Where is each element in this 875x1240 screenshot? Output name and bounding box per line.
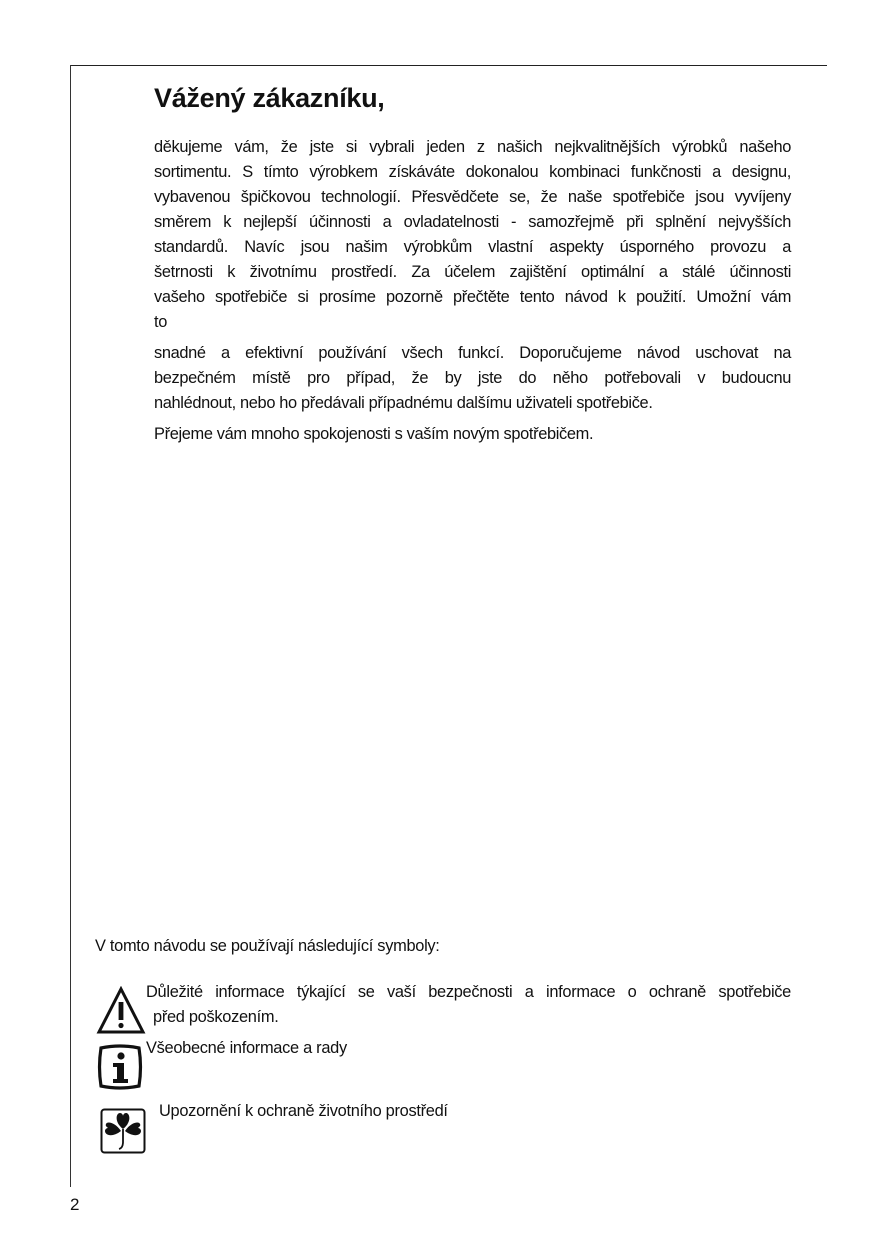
intro-paragraph-1: děkujeme vám, že jste si vybrali jeden z… xyxy=(154,135,791,335)
text-line: směrem k nejlepší účinnosti a ovladateln… xyxy=(154,210,791,235)
symbol-warning-description: Důležité informace týkající se vaší bezp… xyxy=(146,980,791,1030)
text-line: šetrnosti k životnímu prostředí. Za účel… xyxy=(154,260,791,285)
text-line: Přejeme vám mnoho spokojenosti s vaším n… xyxy=(154,422,791,447)
left-margin-rule xyxy=(70,65,71,1187)
text-line: nahlédnout, nebo ho předávali případnému… xyxy=(154,391,791,416)
symbol-info-description: Všeobecné informace a rady xyxy=(146,1036,347,1061)
text-line: standardů. Navíc jsou našim výrobkům vla… xyxy=(154,235,791,260)
intro-paragraph-2: snadné a efektivní používání všech funkc… xyxy=(154,341,791,416)
text-line: to xyxy=(154,310,791,335)
intro-text: děkujeme vám, že jste si vybrali jeden z… xyxy=(154,135,791,447)
text-line: bezpečném místě pro případ, že by jste d… xyxy=(154,366,791,391)
text-line: sortimentu. S tímto výrobkem získáváte d… xyxy=(154,160,791,185)
closing-sentence: Přejeme vám mnoho spokojenosti s vaším n… xyxy=(154,422,791,447)
top-rule xyxy=(70,65,827,66)
text-line: vašeho spotřebiče si prosíme pozorně pře… xyxy=(154,285,791,310)
page-title: Vážený zákazníku, xyxy=(154,83,385,114)
info-icon xyxy=(95,1043,145,1091)
text-line: Důležité informace týkající se vaší bezp… xyxy=(146,980,791,1005)
text-line: snadné a efektivní používání všech funkc… xyxy=(154,341,791,366)
text-line: před poškozením. xyxy=(146,1005,791,1030)
symbol-environment-description: Upozornění k ochraně životního prostředí xyxy=(159,1099,448,1124)
page-number: 2 xyxy=(70,1195,79,1215)
symbols-intro: V tomto návodu se používají následující … xyxy=(95,937,440,956)
text-line: děkujeme vám, že jste si vybrali jeden z… xyxy=(154,135,791,160)
text-line: vybavenou špičkovou technologií. Přesvěd… xyxy=(154,185,791,210)
warning-triangle-icon xyxy=(96,986,146,1036)
environment-clover-icon xyxy=(100,1108,146,1154)
